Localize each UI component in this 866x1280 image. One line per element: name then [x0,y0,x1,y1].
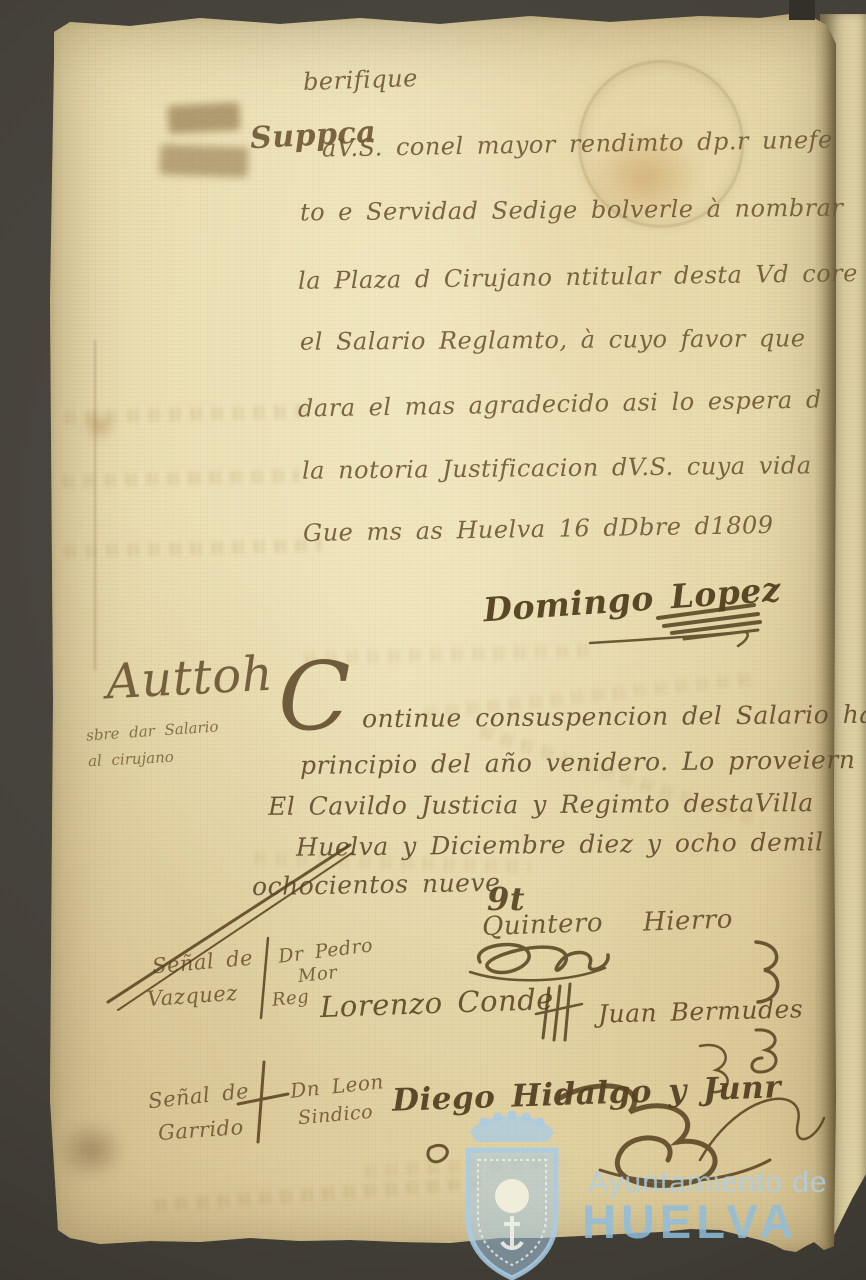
manuscript-scan: berifique Suppca aV.S. conel mayor rendi… [0,0,866,1280]
ink-flourishes [0,0,866,1280]
watermark-huelva-text: HUELVA [582,1194,798,1249]
huelva-crest-watermark [452,1098,572,1280]
